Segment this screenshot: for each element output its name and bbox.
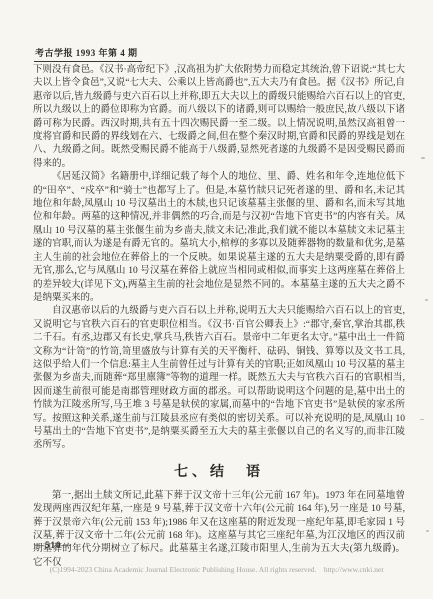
article-body: 下则没有食邑。《汉书·高帝纪下》,汉高祖为扩大依附势力而稳定其统治,曾下诏说:“… (33, 64, 405, 570)
copyright-notice: (C)1994-2023 China Academic Journal Elec… (0, 565, 433, 574)
scanned-journal-page: 考古学报 1993 年第 4 期 下则没有食邑。《汉书·高帝纪下》,汉高祖为扩大… (0, 0, 433, 599)
scan-speck (426, 530, 429, 532)
paragraph: 自汉惠帝以后的九级爵与吏六百石以上并称,说明五大夫只能赐给六百石以上的官吏,又说… (33, 305, 405, 452)
running-head: 考古学报 1993 年第 4 期 (34, 43, 142, 62)
scan-speck (421, 157, 425, 159)
scan-speck (425, 299, 428, 301)
scan-speck (420, 419, 424, 420)
paragraph-continuation: 下则没有食邑。《汉书·高帝纪下》,汉高祖为扩大依附势力而稳定其统治,曾下诏说:“… (33, 64, 405, 171)
section-heading-conclusion: 七、结 语 (33, 461, 405, 481)
paragraph: 《居延汉简》名籍册中,详细记载了每个人的地位、里、爵、姓名和年令,连地位低下的“… (33, 171, 405, 305)
journal-issue-label: 考古学报 1993 年第 4 期 (34, 46, 142, 62)
paragraph: 第一,据出土牍文所记,此墓下葬于汉文帝十三年(公元前 167 年)。1973 年… (33, 490, 405, 570)
page-number: —510— (35, 540, 72, 550)
